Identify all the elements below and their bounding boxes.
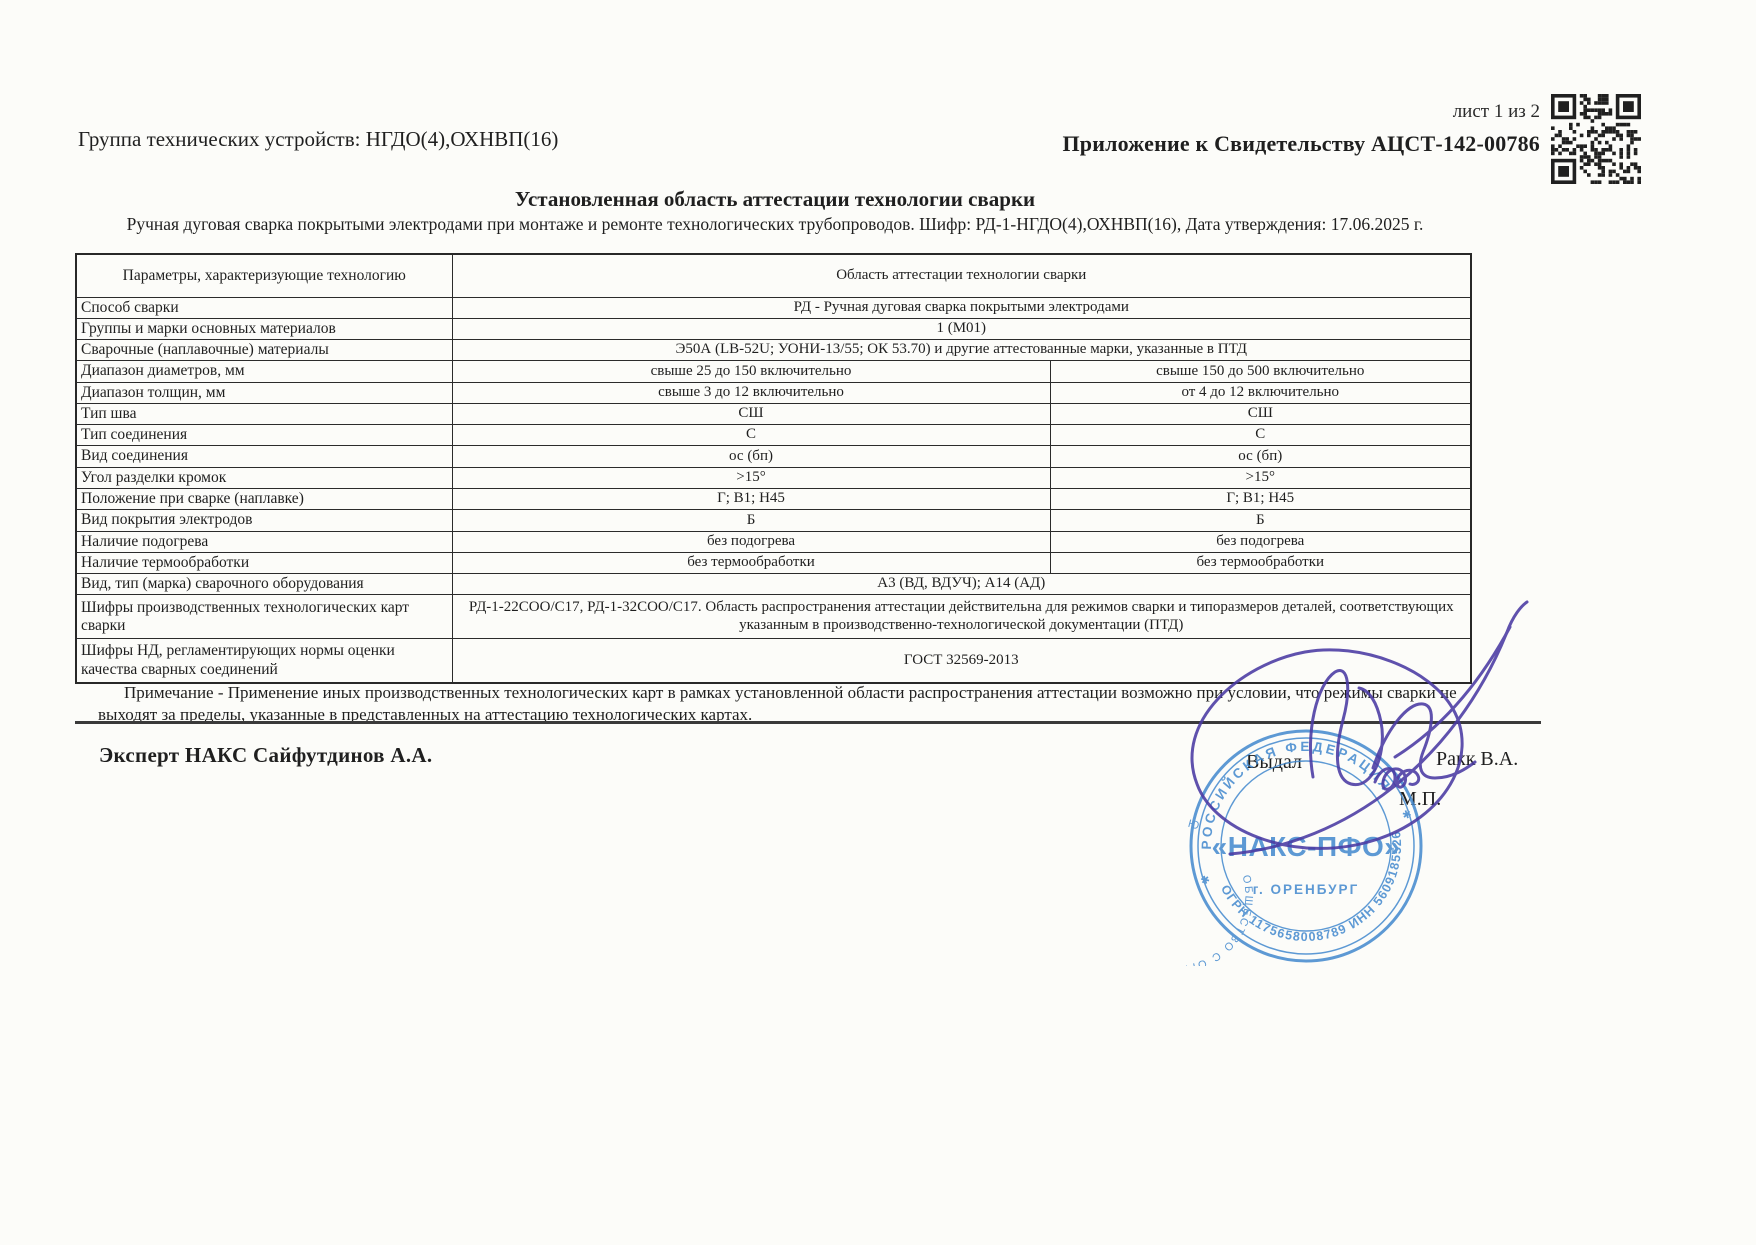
header-parameters: Параметры, характеризующие технологию xyxy=(76,254,452,297)
table-header-row: Параметры, характеризующие технологию Об… xyxy=(76,254,1471,297)
row-value-left: Б xyxy=(452,510,1050,531)
row-label: Наличие подогрева xyxy=(76,531,452,552)
row-label: Вид покрытия электродов xyxy=(76,510,452,531)
row-label: Угол разделки кромок xyxy=(76,467,452,488)
row-value-right: СШ xyxy=(1050,403,1471,424)
row-label: Положение при сварке (наплавке) xyxy=(76,489,452,510)
table-row: Диапазон толщин, ммсвыше 3 до 12 включит… xyxy=(76,382,1471,403)
row-label: Тип шва xyxy=(76,403,452,424)
table-row: Тип шваСШСШ xyxy=(76,403,1471,424)
row-value-left: без подогрева xyxy=(452,531,1050,552)
row-value-left: свыше 3 до 12 включительно xyxy=(452,382,1050,403)
row-value-right: без термообработки xyxy=(1050,552,1471,573)
row-value-right: без подогрева xyxy=(1050,531,1471,552)
row-value: Э50А (LB-52U; УОНИ-13/55; ОК 53.70) и др… xyxy=(452,340,1471,361)
row-label: Тип соединения xyxy=(76,425,452,446)
row-value-right: С xyxy=(1050,425,1471,446)
page-title: Установленная область аттестации техноло… xyxy=(75,187,1475,212)
sheet-number: лист 1 из 2 xyxy=(1453,101,1540,123)
header-scope: Область аттестации технологии сварки xyxy=(452,254,1471,297)
page-subtitle: Ручная дуговая сварка покрытыми электрод… xyxy=(75,214,1475,235)
row-value-left: ос (бп) xyxy=(452,446,1050,467)
certificate-reference: Приложение к Свидетельству АЦСТ-142-0078… xyxy=(1062,131,1540,157)
signature xyxy=(1055,572,1555,882)
row-label: Шифры НД, регламентирующих нормы оценки … xyxy=(76,639,452,683)
row-label: Диапазон диаметров, мм xyxy=(76,361,452,382)
stamp-city: г. ОРЕНБУРГ xyxy=(1253,882,1359,897)
row-value-right: свыше 150 до 500 включительно xyxy=(1050,361,1471,382)
row-label: Способ сварки xyxy=(76,297,452,318)
table-row: Группы и марки основных материалов1 (М01… xyxy=(76,318,1471,339)
table-row: Вид покрытия электродовББ xyxy=(76,510,1471,531)
row-value-right: Б xyxy=(1050,510,1471,531)
row-value-left: СШ xyxy=(452,403,1050,424)
row-value: РД - Ручная дуговая сварка покрытыми эле… xyxy=(452,297,1471,318)
table-row: Способ сваркиРД - Ручная дуговая сварка … xyxy=(76,297,1471,318)
table-row: Сварочные (наплавочные) материалыЭ50А (L… xyxy=(76,340,1471,361)
device-group-line: Группа технических устройств: НГДО(4),ОХ… xyxy=(78,127,558,152)
table-row: Наличие подогревабез подогревабез подогр… xyxy=(76,531,1471,552)
qr-code-icon xyxy=(1551,94,1641,184)
row-label: Диапазон толщин, мм xyxy=(76,382,452,403)
row-label: Группы и марки основных материалов xyxy=(76,318,452,339)
row-value-left: без термообработки xyxy=(452,552,1050,573)
row-label: Вид, тип (марка) сварочного оборудования xyxy=(76,574,452,595)
row-value-left: свыше 25 до 150 включительно xyxy=(452,361,1050,382)
table-row: Угол разделки кромок>15°>15° xyxy=(76,467,1471,488)
row-value-right: ос (бп) xyxy=(1050,446,1471,467)
expert-name: Эксперт НАКС Сайфутдинов А.А. xyxy=(99,743,432,768)
table-row: Положение при сварке (наплавке)Г; В1; Н4… xyxy=(76,489,1471,510)
table-row: Вид соединенияос (бп)ос (бп) xyxy=(76,446,1471,467)
row-value-right: Г; В1; Н45 xyxy=(1050,489,1471,510)
row-value-left: С xyxy=(452,425,1050,446)
row-value: 1 (М01) xyxy=(452,318,1471,339)
table-row: Тип соединенияСС xyxy=(76,425,1471,446)
row-value-right: >15° xyxy=(1050,467,1471,488)
table-row: Диапазон диаметров, ммсвыше 25 до 150 вк… xyxy=(76,361,1471,382)
document-page: лист 1 из 2 Группа технических устройств… xyxy=(0,0,1756,1245)
row-value-left: Г; В1; Н45 xyxy=(452,489,1050,510)
table-row: Наличие термообработкибез термообработки… xyxy=(76,552,1471,573)
row-label: Наличие термообработки xyxy=(76,552,452,573)
row-value-left: >15° xyxy=(452,467,1050,488)
row-label: Сварочные (наплавочные) материалы xyxy=(76,340,452,361)
row-label: Шифры производственных технологических к… xyxy=(76,595,452,639)
row-value-right: от 4 до 12 включительно xyxy=(1050,382,1471,403)
row-label: Вид соединения xyxy=(76,446,452,467)
